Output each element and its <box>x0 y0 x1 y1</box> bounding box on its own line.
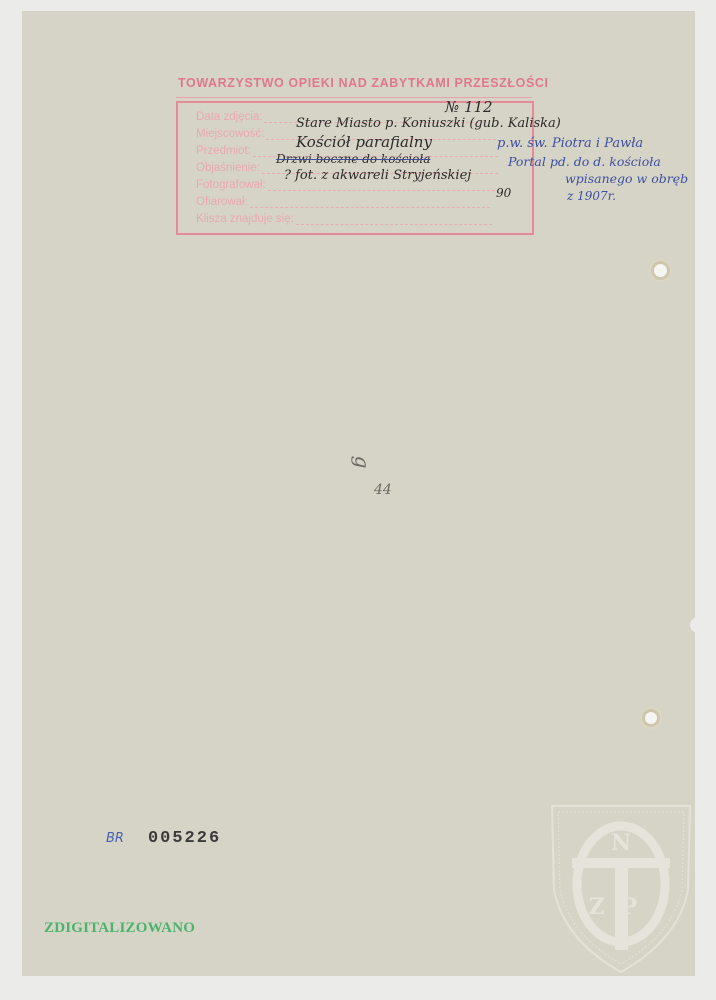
field-dots <box>250 197 490 208</box>
annotation-portal-line1: Portal pd. do d. kościoła <box>508 154 661 169</box>
inventory-prefix: BR <box>106 831 124 846</box>
handwritten-number: № 112 <box>445 98 493 116</box>
edge-notch <box>690 617 700 633</box>
field-label: Ofiarował: <box>196 196 248 208</box>
stamp-header: TOWARZYSTWO OPIEKI NAD ZABYTKAMI PRZESZŁ… <box>178 76 549 90</box>
punch-hole-bottom <box>645 712 657 724</box>
field-dots <box>296 214 492 225</box>
handwritten-ofiarowal: 90 <box>496 186 511 200</box>
field-label: Data zdjęcia: <box>196 111 262 123</box>
field-label: Przedmiot: <box>196 145 251 157</box>
handwritten-fotografowal: ? fot. z akwareli Stryjeńskiej <box>284 168 471 183</box>
handwritten-objasnienie: Drzwi boczne do kościoła <box>276 152 430 166</box>
pencil-note-bottom: 44 <box>374 482 392 498</box>
pencil-note-top: g <box>350 456 374 469</box>
svg-text:N: N <box>611 830 631 856</box>
annotation-dedication: p.w. św. Piotra i Pawła <box>497 136 643 151</box>
field-label: Klisza znajduje się: <box>196 213 294 225</box>
annotation-portal-line3: z 1907r. <box>567 189 616 203</box>
handwritten-przedmiot: Kościół parafialny <box>296 133 432 151</box>
inventory-number: BR 005226 <box>106 829 221 848</box>
handwritten-miejscowosc: Stare Miasto p. Koniuszki (gub. Kaliska) <box>296 116 561 131</box>
svg-text:ZP: ZP <box>589 894 654 920</box>
field-klisza: Klisza znajduje się: <box>196 209 492 225</box>
field-label: Miejscowość: <box>196 128 264 140</box>
field-label: Fotografował: <box>196 179 266 191</box>
inventory-value: 005226 <box>148 829 221 848</box>
tonzp-emblem-watermark: N ZP <box>546 800 696 978</box>
digitized-stamp: ZDIGITALIZOWANO <box>44 920 195 937</box>
annotation-portal-line2: wpisanego w obręb <box>565 171 688 186</box>
punch-hole-top <box>654 264 667 277</box>
field-label: Objaśnienie: <box>196 162 260 174</box>
field-ofiarowal: Ofiarował: <box>196 192 490 208</box>
